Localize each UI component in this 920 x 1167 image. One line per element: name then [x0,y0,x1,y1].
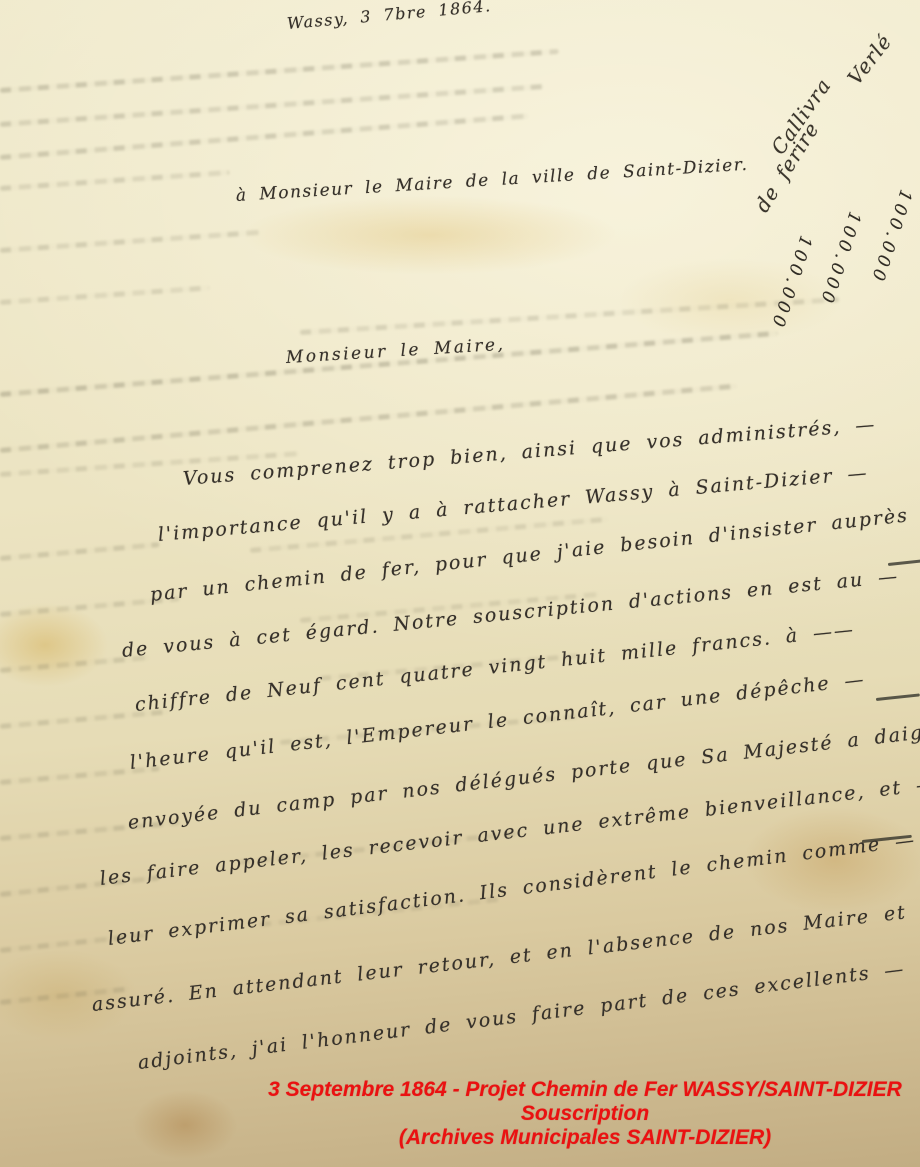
caption-source-line: (Archives Municipales SAINT-DIZIER) [250,1126,920,1150]
bleedthrough-line [0,285,210,305]
bleedthrough-line [0,170,230,191]
letter-photo: Wassy, 3 7bre 1864. Verlé Callivra de fe… [0,0,920,1167]
bleedthrough-line [0,49,559,93]
bleedthrough-line [0,542,160,561]
margin-annotation-name: Verlé [843,29,897,89]
ink-dash-mark [876,693,920,701]
caption-title-line: 3 Septembre 1864 - Projet Chemin de Fer … [250,1078,920,1102]
margin-annotation-amount: 100.000 [815,209,864,309]
margin-annotation-amount: 100.000 [866,187,915,287]
caption-subtitle-line: Souscription [250,1102,920,1126]
archival-caption: 3 Septembre 1864 - Projet Chemin de Fer … [250,1078,920,1150]
bleedthrough-line [300,297,839,335]
bleedthrough-line [0,230,260,253]
margin-annotation-amount: 100.000 [766,233,815,333]
handwritten-dateline: Wassy, 3 7bre 1864. [286,0,492,33]
handwritten-address: à Monsieur le Maire de la ville de Saint… [235,155,749,206]
handwritten-line: envoyée du camp par nos délégués porte q… [127,718,920,834]
